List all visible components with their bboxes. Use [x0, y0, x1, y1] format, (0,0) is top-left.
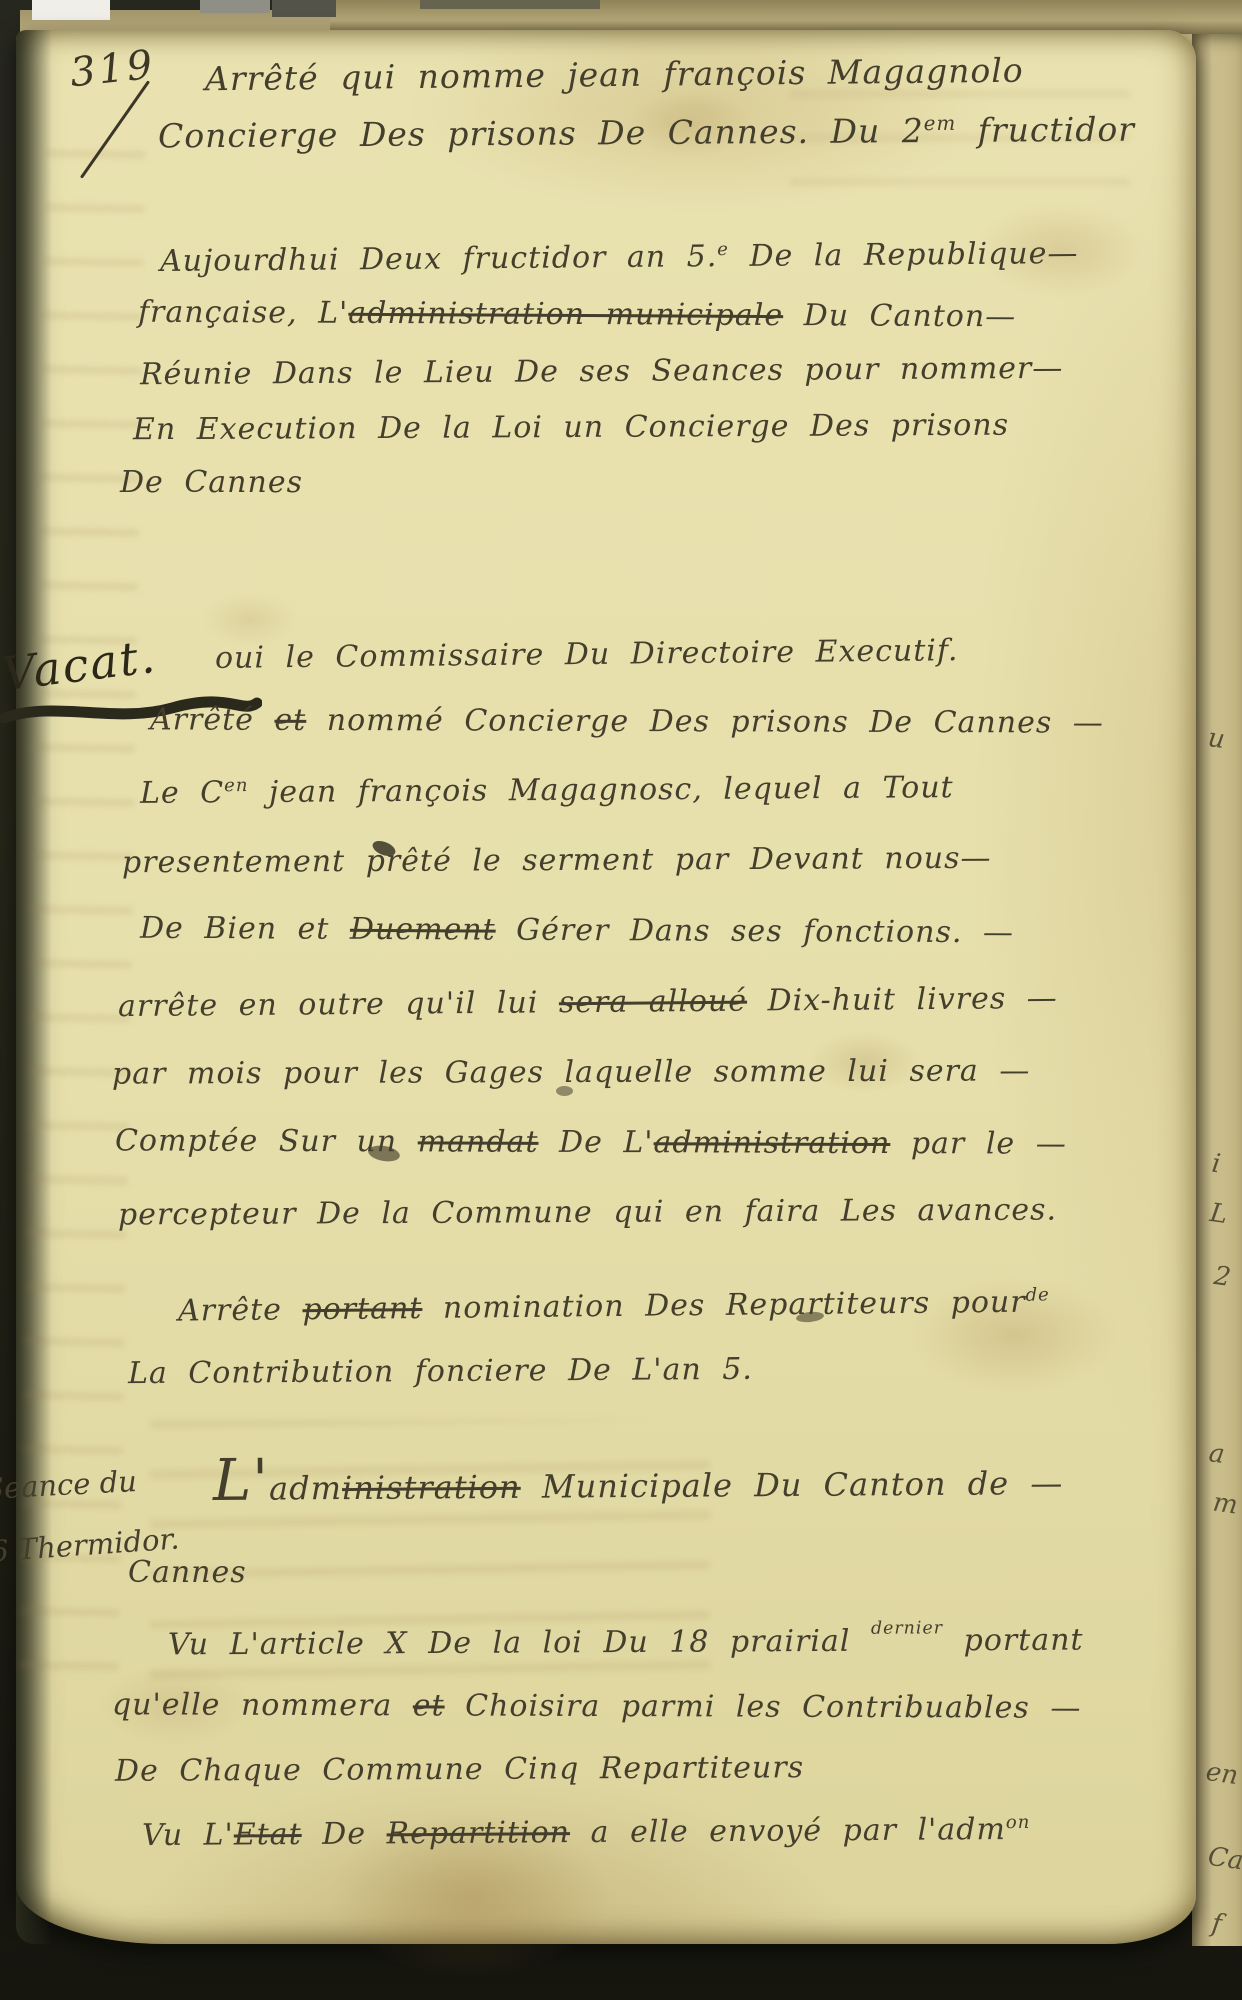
- text-segment: Réunie Dans le Lieu De ses Seances pour …: [140, 351, 1064, 392]
- text-line: Vu L'article X De la loi Du 18 prairial …: [168, 1626, 1084, 1661]
- text-segment: jean françois Magagnosc, lequel a Tout: [248, 770, 953, 810]
- text-line: De Bien et Duement Gérer Dans ses foncti…: [140, 914, 1014, 949]
- struck-text: et: [274, 703, 306, 738]
- text-segment: nomination Des Repartiteurs pour: [422, 1285, 1026, 1326]
- dark-edge-tab: [420, 0, 600, 9]
- text-segment: qu'elle nommera: [112, 1687, 413, 1723]
- edge-fragment: Ca: [1206, 1842, 1242, 1877]
- text-segment: Municipale Du Canton de —: [521, 1464, 1064, 1506]
- section-title-line: La Contribution fonciere De L'an 5.: [128, 1355, 753, 1389]
- text-line: L'administration Municipale Du Canton de…: [213, 1467, 1063, 1505]
- text-segment: adm: [269, 1469, 342, 1508]
- edge-fragment: 2: [1212, 1261, 1233, 1293]
- document-scan: u i L 2 a m en Ca f 319 Vacat. Seance du…: [0, 0, 1242, 2000]
- text-line: Comptée Sur un mandat De L'administratio…: [115, 1126, 1067, 1159]
- text-segment: De Cannes: [120, 465, 303, 500]
- flourished-initial: L': [213, 1447, 270, 1514]
- text-line: française, L'administration municipale D…: [138, 298, 1016, 333]
- text-line: Réunie Dans le Lieu De ses Seances pour …: [140, 354, 1064, 390]
- text-line: par mois pour les Gages laquelle somme l…: [112, 1056, 1030, 1089]
- text-segment: percepteur De la Commune qui en faira Le…: [118, 1193, 1057, 1233]
- text-segment: Aujourdhui Deux fructidor an 5.: [160, 239, 718, 279]
- text-segment: Vu L': [142, 1817, 234, 1853]
- edge-fragment: f: [1210, 1908, 1224, 1939]
- interline-insertion: dernier: [871, 1619, 943, 1639]
- struck-text: portant: [302, 1291, 422, 1327]
- struck-text: Etat: [234, 1817, 302, 1852]
- superscript-text: em: [924, 112, 957, 135]
- text-segment: Cannes: [128, 1555, 247, 1590]
- struck-text: administration: [654, 1125, 891, 1161]
- text-segment: De L': [538, 1125, 653, 1160]
- section-title-line: Arrête portant nomination Des Repartiteu…: [178, 1287, 1050, 1326]
- gutter-shadow: [16, 30, 52, 1944]
- edge-fragment: L: [1208, 1198, 1229, 1230]
- text-segment: fructidor: [956, 110, 1135, 150]
- superscript-text: de: [1025, 1285, 1049, 1306]
- text-segment: a elle envoyé par l'adm: [570, 1812, 1006, 1850]
- edge-fragment: en: [1204, 1757, 1240, 1791]
- text-line: oui le Commissaire Du Directoire Executi…: [215, 636, 959, 674]
- edge-fragment: a: [1207, 1438, 1227, 1470]
- text-line: Vu L'Etat De Repartition a elle envoyé p…: [142, 1815, 1031, 1851]
- struck-text: inistration: [342, 1468, 521, 1507]
- text-segment: Gérer Dans ses fonctions. —: [496, 913, 1014, 951]
- struck-text: administration municipale: [348, 296, 783, 333]
- text-segment: La Contribution fonciere De L'an 5.: [128, 1352, 753, 1391]
- text-line: De Chaque Commune Cinq Repartiteurs: [115, 1753, 804, 1787]
- struck-text: Repartition: [386, 1815, 570, 1851]
- text-line: qu'elle nommera et Choisira parmi les Co…: [112, 1690, 1081, 1723]
- struck-text: Duement: [350, 912, 496, 948]
- white-paper-tab: [32, 0, 110, 20]
- struck-text: sera alloué: [559, 984, 747, 1021]
- right-page-edge: u i L 2 a m en Ca f: [1192, 34, 1242, 1946]
- struck-text: et: [413, 1688, 445, 1723]
- edge-fragment: i: [1210, 1149, 1222, 1180]
- text-segment: Dix-huit livres —: [747, 981, 1058, 1019]
- text-line: En Execution De la Loi un Concierge Des …: [133, 411, 1009, 446]
- text-segment: presentement prêté le serment par Devant…: [122, 841, 992, 881]
- edge-fragment: m: [1211, 1487, 1240, 1520]
- text-segment: Vu L'article X De la loi Du 18 prairial: [168, 1624, 871, 1663]
- text-segment: En Execution De la Loi un Concierge Des …: [133, 408, 1009, 448]
- text-line: Cannes: [128, 1558, 247, 1588]
- text-segment: De Chaque Commune Cinq Repartiteurs: [115, 1750, 804, 1789]
- edge-fragment: u: [1206, 723, 1227, 755]
- text-segment: Le C: [140, 775, 224, 811]
- text-segment: arrête en outre qu'il lui: [118, 985, 559, 1024]
- superscript-text: on: [1006, 1812, 1031, 1833]
- text-segment: française, L': [138, 295, 349, 331]
- title-line: Arrêté qui nomme jean françois Magagnolo: [205, 54, 1024, 96]
- gray-paper-tab: [200, 0, 270, 13]
- text-segment: De Bien et: [140, 911, 350, 947]
- text-segment: Choisira parmi les Contribuables —: [445, 1688, 1082, 1725]
- text-segment: par le —: [890, 1126, 1067, 1162]
- superscript-text: en: [224, 775, 248, 796]
- text-segment: Arrête: [178, 1292, 303, 1328]
- text-line: Aujourdhui Deux fructidor an 5.e De la R…: [160, 239, 1079, 277]
- struck-text: mandat: [418, 1124, 539, 1159]
- text-segment: Concierge Des prisons De Cannes. Du 2: [158, 111, 924, 155]
- text-segment: Arrêté: [150, 702, 275, 737]
- text-segment: nommé Concierge Des prisons De Cannes —: [306, 703, 1104, 741]
- text-segment: De: [302, 1816, 387, 1852]
- text-line: percepteur De la Commune qui en faira Le…: [118, 1196, 1057, 1231]
- title-line: Concierge Des prisons De Cannes. Du 2em …: [158, 113, 1135, 153]
- text-line: Le Cen jean françois Magagnosc, lequel a…: [140, 773, 954, 809]
- text-line: Arrêté et nommé Concierge Des prisons De…: [150, 705, 1104, 738]
- text-line: presentement prêté le serment par Devant…: [122, 844, 992, 879]
- text-line: De Cannes: [120, 468, 303, 498]
- text-line: arrête en outre qu'il lui sera alloué Di…: [118, 984, 1058, 1022]
- dark-paper-tab: [272, 0, 336, 17]
- text-segment: Comptée Sur un: [115, 1123, 418, 1159]
- superscript-text: e: [717, 239, 729, 260]
- text-segment: par mois pour les Gages laquelle somme l…: [112, 1053, 1030, 1091]
- text-segment: De la Republique—: [729, 236, 1079, 274]
- text-segment: Du Canton—: [783, 298, 1016, 334]
- text-segment: portant: [943, 1623, 1084, 1659]
